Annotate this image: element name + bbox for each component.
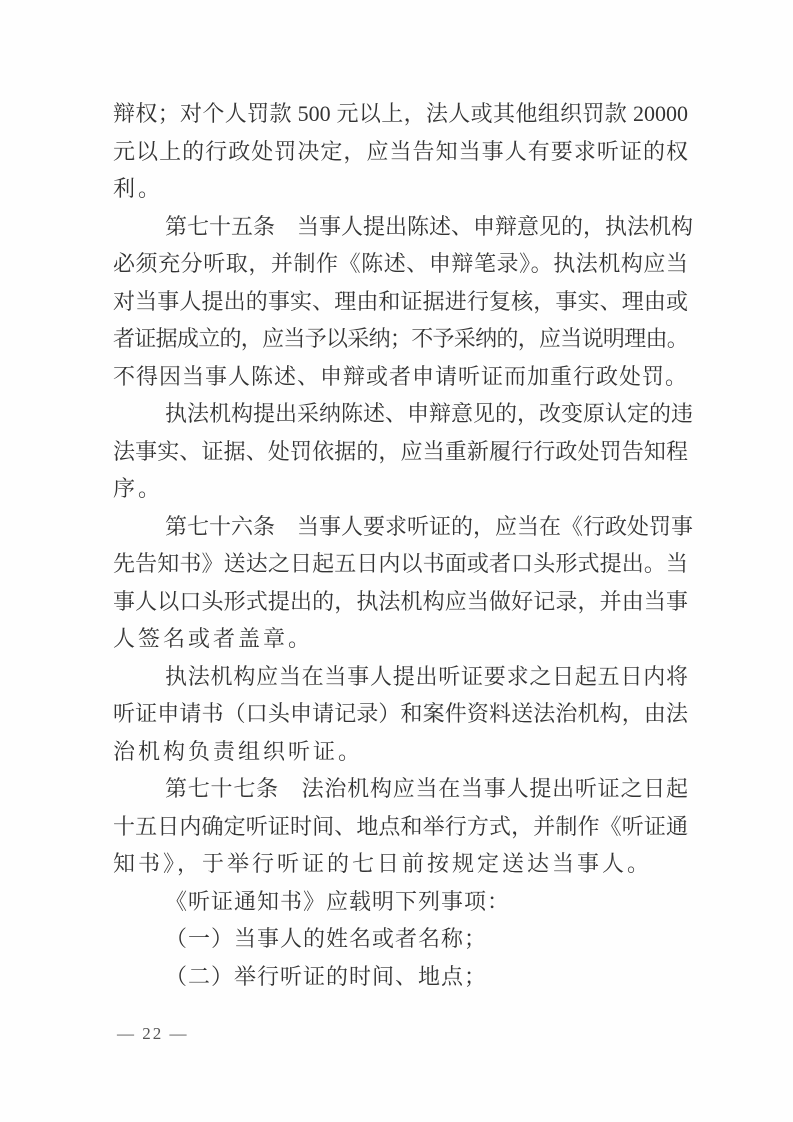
text-line-8: 不得因当事人陈述、申辩或者申请听证而加重行政处罚。 <box>113 358 688 396</box>
text-line-4: 第七十五条 当事人提出陈述、申辩意见的，执法机构 <box>113 208 688 246</box>
text-line-10: 法事实、证据、处罚依据的，应当重新履行行政处罚告知程 <box>113 433 688 471</box>
text-line-19: 第七十七条 法治机构应当在当事人提出听证之日起 <box>113 770 688 808</box>
text-line-17: 听证申请书（口头申请记录）和案件资料送法治机构，由法 <box>113 695 688 733</box>
text-line-2: 元以上的行政处罚决定，应当告知当事人有要求听证的权 <box>113 133 688 171</box>
text-line-20: 十五日内确定听证时间、地点和举行方式，并制作《听证通 <box>113 808 688 846</box>
text-line-7: 者证据成立的，应当予以采纳；不予采纳的，应当说明理由。 <box>113 320 688 358</box>
text-line-21: 知书》，于举行听证的七日前按规定送达当事人。 <box>113 845 688 883</box>
text-line-13: 先告知书》送达之日起五日内以书面或者口头形式提出。当 <box>113 545 688 583</box>
text-line-12: 第七十六条 当事人要求听证的，应当在《行政处罚事 <box>113 508 688 546</box>
text-line-22: 《听证通知书》应载明下列事项： <box>113 883 688 921</box>
text-line-3: 利。 <box>113 170 688 208</box>
document-page: 辩权；对个人罚款 500 元以上，法人或其他组织罚款 20000 元以上的行政处… <box>0 0 793 1122</box>
text-line-6: 对当事人提出的事实、理由和证据进行复核，事实、理由或 <box>113 283 688 321</box>
page-number: — 22 — <box>117 1022 189 1046</box>
text-line-16: 执法机构应当在当事人提出听证要求之日起五日内将 <box>113 658 688 696</box>
text-line-18: 治机构负责组织听证。 <box>113 733 688 771</box>
text-line-24: （二）举行听证的时间、地点； <box>113 958 688 996</box>
text-line-5: 必须充分听取，并制作《陈述、申辩笔录》。执法机构应当 <box>113 245 688 283</box>
text-line-11: 序。 <box>113 470 688 508</box>
text-line-1: 辩权；对个人罚款 500 元以上，法人或其他组织罚款 20000 <box>113 95 688 133</box>
text-line-23: （一）当事人的姓名或者名称； <box>113 920 688 958</box>
document-body: 辩权；对个人罚款 500 元以上，法人或其他组织罚款 20000 元以上的行政处… <box>113 95 688 995</box>
text-line-9: 执法机构提出采纳陈述、申辩意见的，改变原认定的违 <box>113 395 688 433</box>
text-line-15: 人签名或者盖章。 <box>113 620 688 658</box>
text-line-14: 事人以口头形式提出的，执法机构应当做好记录，并由当事 <box>113 583 688 621</box>
